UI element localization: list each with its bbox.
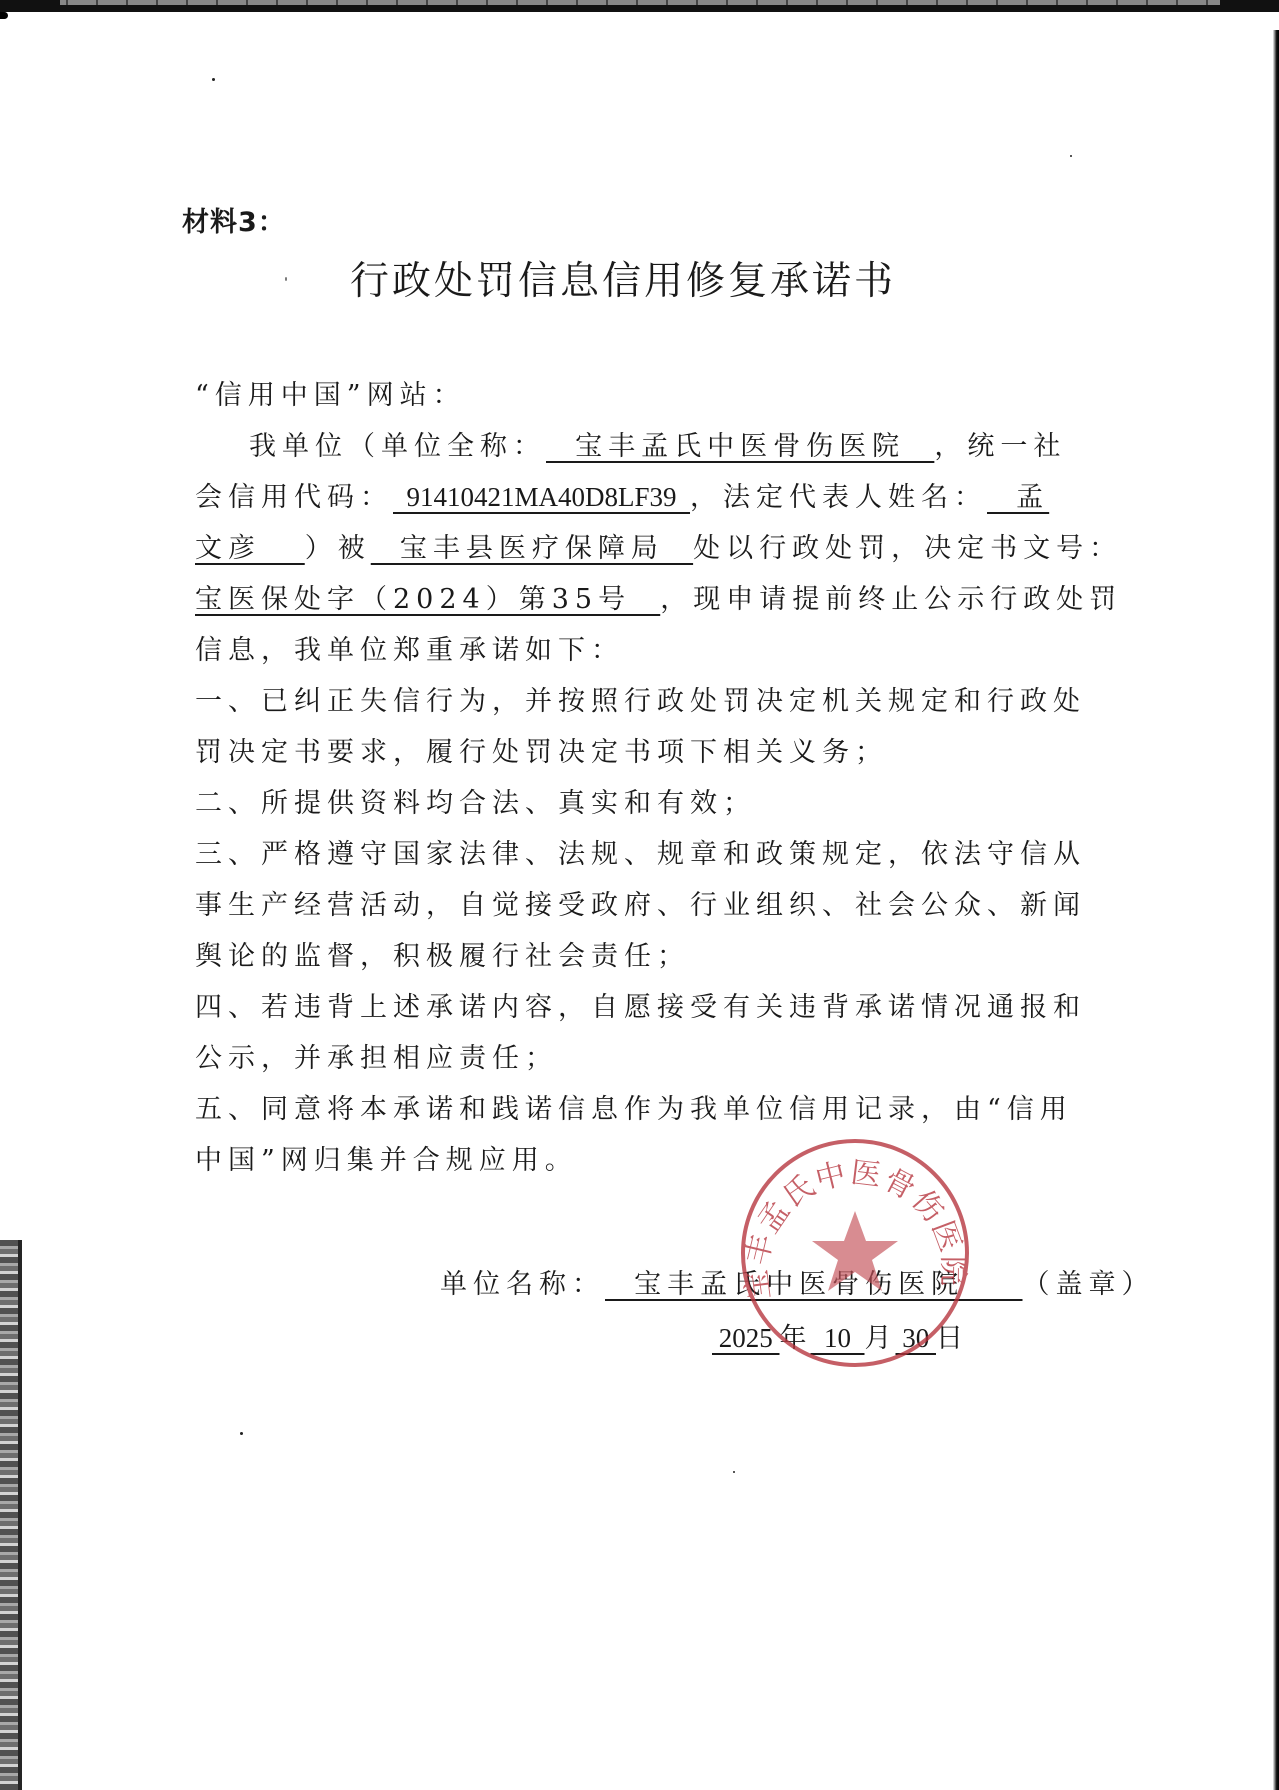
intro-line-1: 我单位（单位全称： 宝丰孟氏中医骨伤医院 ，统一社: [195, 421, 1065, 472]
commitment-letter: 材料3： 行政处罚信息信用修复承诺书 “信用中国”网站： 我单位（单位全称： 宝…: [0, 0, 1279, 1790]
signature-unit-name: 宝丰孟氏中医骨伤医院: [605, 1269, 1023, 1300]
penalty-authority: 宝丰县医疗保障局: [371, 533, 693, 564]
seal-note: （盖章）: [1023, 1269, 1155, 1300]
commitment-4: 四、若违背上述承诺内容，自愿接受有关违背承诺情况通报和 公示，并承担相应责任；: [195, 982, 1065, 1084]
letter-body: “信用中国”网站： 我单位（单位全称： 宝丰孟氏中医骨伤医院 ，统一社 会信用代…: [195, 370, 1065, 1186]
date-year: 2025: [712, 1323, 780, 1353]
commitment-3: 三、严格遵守国家法律、法规、规章和政策规定，依法守信从 事生产经营活动，自觉接受…: [195, 829, 1065, 982]
credit-code: 91410421MA40D8LF39: [393, 482, 690, 512]
commitment-2: 二、所提供资料均合法、真实和有效；: [195, 778, 1065, 829]
sign-date: 2025 年 10 月 30 日: [712, 1316, 967, 1355]
legal-rep-name-cont: 文彦: [195, 533, 305, 564]
intro-line-2: 会信用代码： 91410421MA40D8LF39 ，法定代表人姓名： 孟: [195, 472, 1065, 523]
unit-full-name: 宝丰孟氏中医骨伤医院: [546, 431, 934, 462]
intro-line-5: 信息，我单位郑重承诺如下：: [195, 625, 1065, 676]
signature-line: 单位名称： 宝丰孟氏中医骨伤医院 （盖章）: [440, 1262, 1155, 1301]
signature-label: 单位名称：: [440, 1269, 605, 1300]
material-label: 材料3：: [182, 200, 286, 239]
document-title: 行政处罚信息信用修复承诺书: [350, 250, 896, 306]
legal-rep-name: 孟: [987, 482, 1049, 513]
commitment-5: 五、同意将本承诺和践诺信息作为我单位信用记录，由“信用 中国”网归集并合规应用。: [195, 1084, 1065, 1186]
salutation: “信用中国”网站：: [195, 370, 1065, 421]
decision-number: 宝医保处字（2024）第35号: [195, 584, 660, 615]
intro-line-3: 文彦 ）被 宝丰县医疗保障局 处以行政处罚，决定书文号：: [195, 523, 1065, 574]
commitment-1: 一、已纠正失信行为，并按照行政处罚决定机关规定和行政处 罚决定书要求，履行处罚决…: [195, 676, 1065, 778]
intro-line-4: 宝医保处字（2024）第35号 ，现申请提前终止公示行政处罚: [195, 574, 1065, 625]
date-month: 10: [811, 1323, 865, 1353]
date-day: 30: [896, 1323, 937, 1353]
